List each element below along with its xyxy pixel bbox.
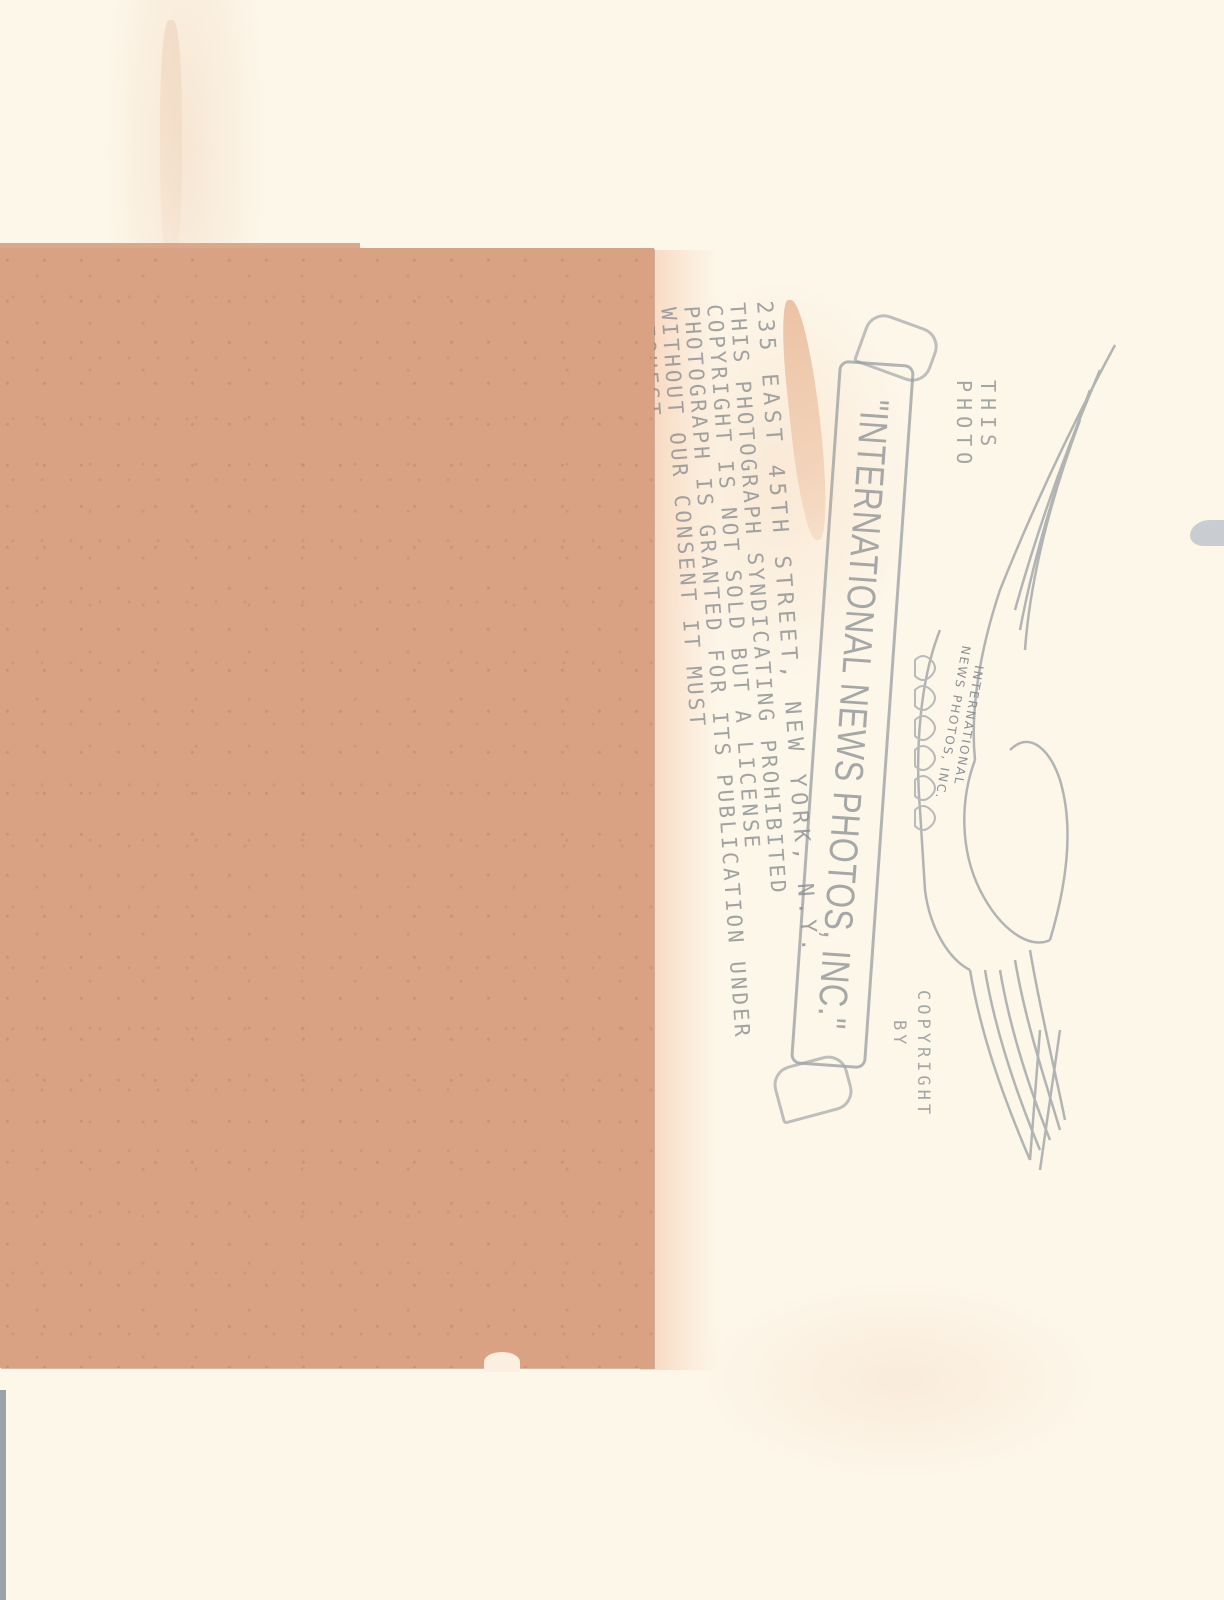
this-photo-line1: THIS — [976, 380, 1000, 470]
copyright-by-stamp: COPYRIGHT BY — [887, 990, 935, 1118]
paper-wrapper — [0, 248, 654, 1368]
wrapper-tear-notch — [484, 1352, 520, 1372]
copyright-line2: BY — [887, 990, 911, 1118]
this-photo-line2: PHOTO — [952, 380, 976, 470]
water-stain — [160, 20, 182, 260]
torn-edge — [1190, 520, 1224, 546]
copyright-line1: COPYRIGHT — [911, 990, 935, 1118]
this-photo-stamp: THIS PHOTO — [952, 380, 1000, 470]
scan-edge — [0, 1390, 6, 1600]
